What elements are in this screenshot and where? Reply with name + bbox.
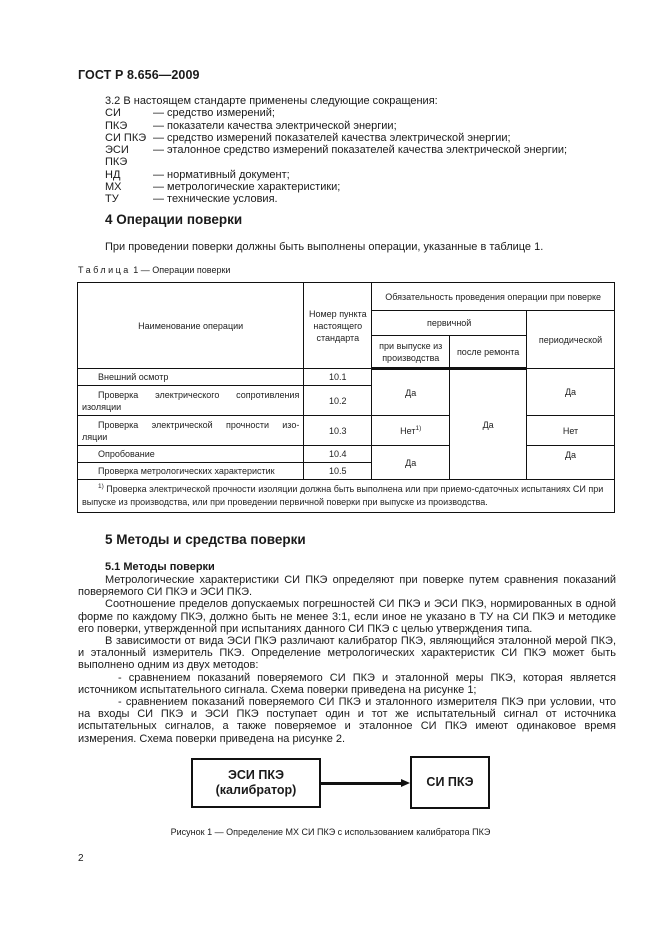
abbreviation-term: СИ — [105, 107, 153, 119]
header-obligation: Обязательность проведения операции при п… — [372, 283, 615, 311]
operation-cell: Проверка метрологических характеристик — [78, 463, 304, 480]
method-item: - сравнением показаний поверяемого СИ ПК… — [78, 672, 616, 696]
abbreviation-item: ЭСИ ПКЭ — эталонное средство измерений п… — [105, 144, 567, 169]
header-periodic: периодической — [527, 311, 615, 369]
table-caption: Таблица 1 — Операции поверки — [78, 265, 230, 275]
device-under-test-box: СИ ПКЭ — [410, 756, 490, 809]
paragraph: Метрологические характеристики СИ ПКЭ оп… — [78, 574, 616, 598]
header-operation-name: Наименование операции — [78, 283, 304, 369]
abbreviation-definition: — метрологические характеристики; — [153, 181, 340, 193]
table-caption-label: Таблица — [78, 265, 131, 275]
section-4-title: 4 Операции поверки — [105, 212, 242, 227]
figure-caption: Рисунок 1 — Определение МХ СИ ПКЭ с испо… — [0, 827, 661, 837]
method-item: - сравнением показаний поверяемого СИ ПК… — [78, 696, 616, 745]
section-4-paragraph: При проведении поверки должны быть выпол… — [105, 241, 543, 253]
clause-cell: 10.4 — [304, 446, 372, 463]
header-primary: первичной — [372, 311, 527, 336]
table-row: Внешний осмотр 10.1 Да Да Да — [78, 369, 615, 386]
on-release-value: Да — [372, 446, 450, 480]
clause-cell: 10.2 — [304, 386, 372, 416]
abbreviation-term: ТУ — [105, 193, 153, 205]
table-footnote: 1) Проверка электрической прочности изол… — [78, 480, 615, 513]
abbreviations-intro: 3.2 В настоящем стандарте применены след… — [105, 95, 567, 107]
calibrator-box: ЭСИ ПКЭ (калибратор) — [191, 758, 321, 808]
abbreviation-term: ЭСИ ПКЭ — [105, 144, 153, 169]
clause-cell: 10.5 — [304, 463, 372, 480]
abbreviation-term: НД — [105, 169, 153, 181]
footnote-reference: 1) — [416, 425, 422, 432]
abbreviation-item: НД — нормативный документ; — [105, 169, 567, 181]
after-repair-value: Да — [450, 369, 527, 480]
abbreviations-block: 3.2 В настоящем стандарте применены след… — [105, 95, 567, 206]
table-caption-text: 1 — Операции поверки — [131, 265, 231, 275]
periodic-value: Да — [527, 369, 615, 416]
operation-cell: Проверка электрического сопротивленияизо… — [78, 386, 304, 416]
page-number: 2 — [78, 853, 84, 864]
abbreviation-definition: — показатели качества электрической энер… — [153, 120, 397, 132]
table-footnote-row: 1) Проверка электрической прочности изол… — [78, 480, 615, 513]
paragraph: В зависимости от вида ЭСИ ПКЭ различают … — [78, 635, 616, 672]
abbreviation-definition: — средство измерений показателей качеств… — [153, 132, 511, 144]
abbreviation-term: МХ — [105, 181, 153, 193]
clause-cell: 10.3 — [304, 416, 372, 446]
table-row: Проверка электрической прочности изо-ляц… — [78, 416, 615, 446]
operation-cell: Проверка электрической прочности изо-ляц… — [78, 416, 304, 446]
abbreviation-definition: — средство измерений; — [153, 107, 275, 119]
table-row: Опробование 10.4 Да Да — [78, 446, 615, 463]
header-after-repair: после ремонта — [450, 336, 527, 369]
abbreviation-definition: — нормативный документ; — [153, 169, 290, 181]
calibrator-box-title: ЭСИ ПКЭ — [216, 768, 297, 783]
abbreviation-item: МХ — метрологические характеристики; — [105, 181, 567, 193]
arrow-head-icon — [401, 779, 410, 787]
footnote-text: Проверка электрической прочности изоляци… — [82, 484, 603, 507]
document-code-header: ГОСТ Р 8.656—2009 — [78, 68, 200, 82]
section-5-title: 5 Методы и средства поверки — [105, 532, 306, 547]
table-header-row: Наименование операции Номер пункта насто… — [78, 283, 615, 311]
operation-cell: Опробование — [78, 446, 304, 463]
header-clause-number: Номер пункта настоящего стандарта — [304, 283, 372, 369]
paragraph: Соотношение пределов допускаемых погрешн… — [78, 598, 616, 635]
abbreviation-definition: — технические условия. — [153, 193, 278, 205]
calibrator-box-subtitle: (калибратор) — [216, 783, 297, 798]
periodic-value: Нет — [527, 416, 615, 446]
abbreviation-item: СИ ПКЭ — средство измерений показателей … — [105, 132, 567, 144]
clause-cell: 10.1 — [304, 369, 372, 386]
abbreviation-item: ТУ — технические условия. — [105, 193, 567, 205]
abbreviation-term: ПКЭ — [105, 120, 153, 132]
abbreviation-item: ПКЭ — показатели качества электрической … — [105, 120, 567, 132]
abbreviation-item: СИ — средство измерений; — [105, 107, 567, 119]
on-release-value: Да — [372, 369, 450, 416]
abbreviation-definition: — эталонное средство измерений показател… — [153, 144, 567, 169]
operation-cell: Внешний осмотр — [78, 369, 304, 386]
abbreviation-term: СИ ПКЭ — [105, 132, 153, 144]
operations-table: Наименование операции Номер пункта насто… — [77, 282, 615, 513]
header-on-release: при выпуске из производства — [372, 336, 450, 369]
section-5-body: Метрологические характеристики СИ ПКЭ оп… — [78, 574, 616, 745]
arrow-line — [321, 782, 403, 785]
periodic-value: Да — [527, 446, 615, 480]
section-5-1-subtitle: 5.1 Методы поверки — [105, 561, 215, 573]
on-release-value: Нет1) — [372, 416, 450, 446]
